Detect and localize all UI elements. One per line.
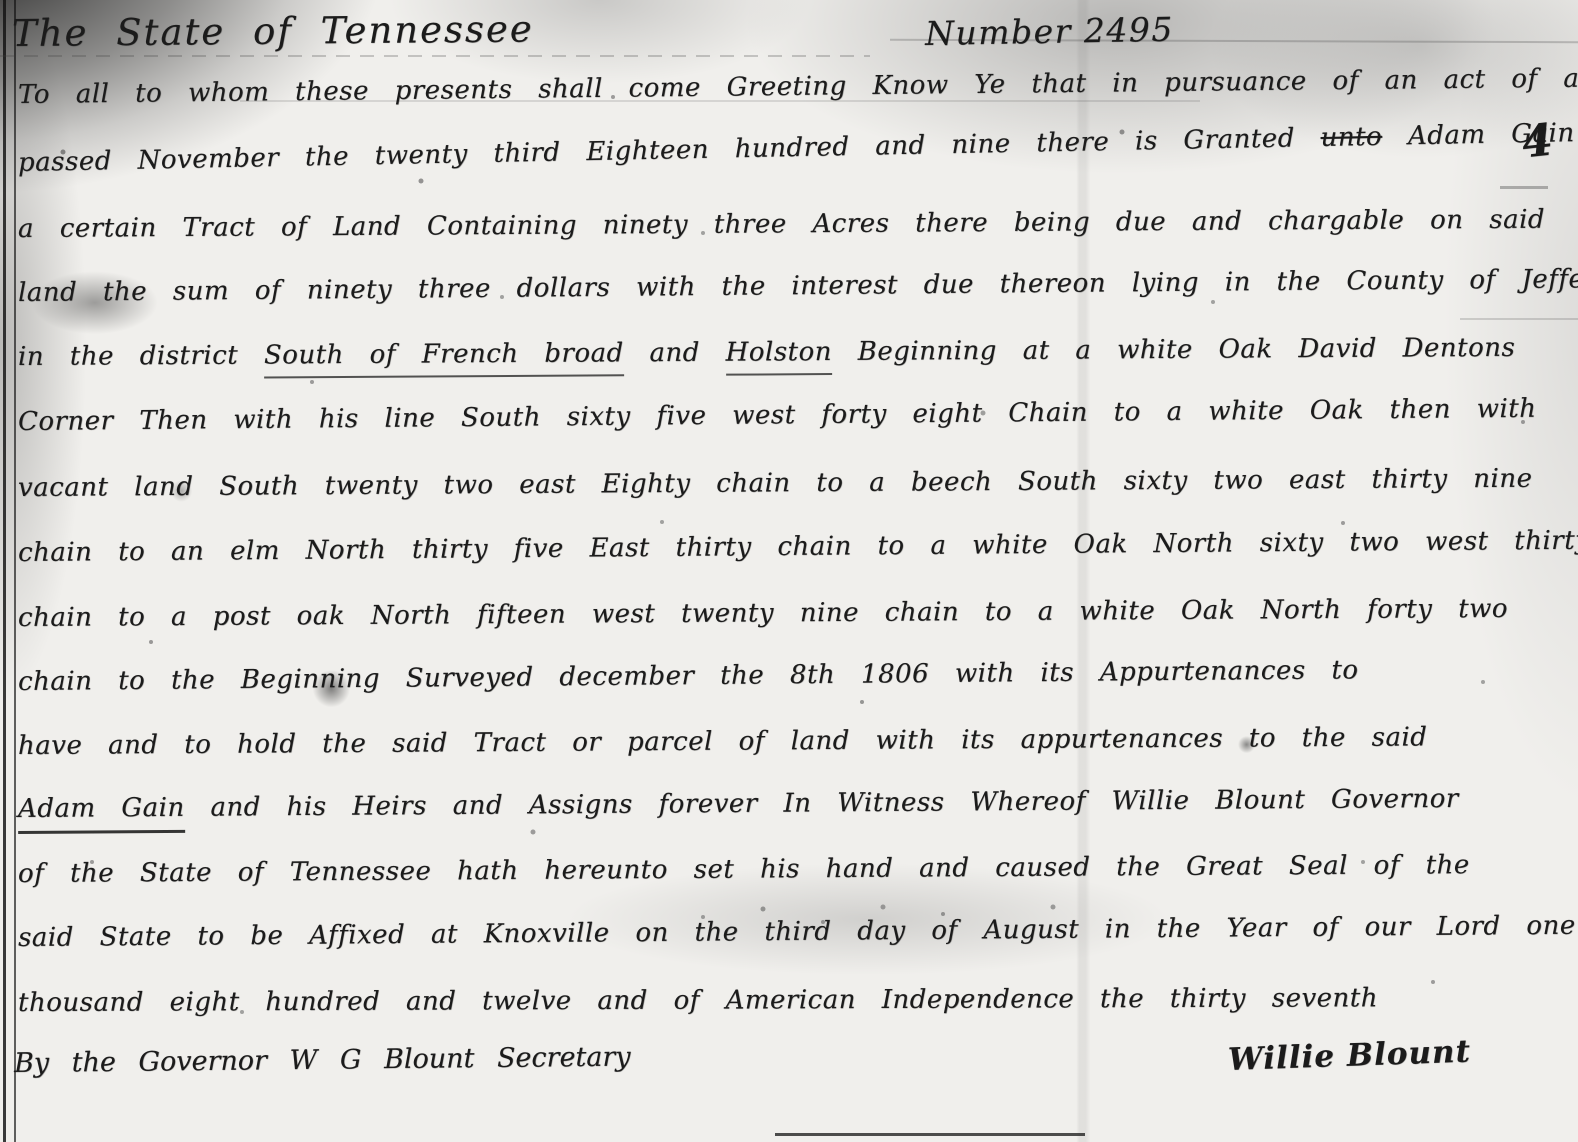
line-text: land the sum of ninety three dollars wit…: [18, 264, 1578, 308]
line-text: Beginning at a white Oak David Dentons: [832, 333, 1516, 367]
attestation-line: By the Governor W G Blount Secretary: [14, 1042, 631, 1079]
document-line: chain to a post oak North fifteen west t…: [18, 594, 1508, 633]
line-text: chain to an elm North thirty five East t…: [18, 525, 1578, 568]
margin-dash: [1500, 186, 1548, 189]
underlined-phrase: South of French broad: [264, 338, 624, 378]
document-line: To all to whom these presents shall come…: [18, 62, 1578, 109]
document-line: passed November the twenty third Eightee…: [18, 118, 1575, 178]
bottom-scan-artifact-line: [775, 1133, 1085, 1136]
struck-word: unto: [1320, 122, 1382, 153]
line-text: said State to be Affixed at Knoxville on…: [18, 911, 1576, 953]
ruled-line: [0, 55, 870, 57]
scan-noise-speckles: [0, 0, 2, 2]
document-line: of the State of Tennessee hath hereunto …: [18, 850, 1470, 889]
left-margin-rule: [3, 0, 16, 1142]
line-text: passed November the twenty third Eightee…: [18, 123, 1321, 178]
scanned-land-grant-page: The State of Tennessee Number 2495 4 To …: [0, 0, 1578, 1142]
governor-signature: Willie Blount: [1227, 1034, 1471, 1078]
document-line: chain to the Beginning Surveyed december…: [18, 655, 1359, 697]
underlined-phrase: Holston: [726, 337, 833, 376]
line-text: chain to a post oak North fifteen west t…: [18, 594, 1508, 633]
line-text: To all to whom these presents shall come…: [18, 62, 1578, 109]
document-title: The State of Tennessee: [12, 7, 534, 55]
line-text: in the district: [18, 340, 264, 372]
line-text: Corner Then with his line South sixty fi…: [18, 394, 1537, 437]
line-text: a certain Tract of Land Containing ninet…: [18, 205, 1545, 244]
document-line: Adam Gain and his Heirs and Assigns fore…: [18, 784, 1459, 824]
grant-number: Number 2495: [925, 10, 1174, 53]
document-line: land the sum of ninety three dollars wit…: [18, 264, 1578, 308]
document-line: in the district South of French broad an…: [18, 333, 1515, 372]
document-line: vacant land South twenty two east Eighty…: [18, 464, 1533, 503]
line-text: of the State of Tennessee hath hereunto …: [18, 850, 1470, 889]
line-text: chain to the Beginning Surveyed december…: [18, 655, 1359, 697]
line-text: have and to hold the said Tract or parce…: [18, 722, 1428, 761]
ruled-line: [1460, 318, 1578, 320]
line-text: thousand eight hundred and twelve and of…: [18, 983, 1378, 1018]
document-line: chain to an elm North thirty five East t…: [18, 525, 1578, 568]
document-line: thousand eight hundred and twelve and of…: [18, 983, 1378, 1018]
document-line: Corner Then with his line South sixty fi…: [18, 394, 1537, 437]
document-line: a certain Tract of Land Containing ninet…: [18, 205, 1545, 244]
underlined-grantee-name: Adam Gain: [18, 793, 185, 834]
line-text: and his Heirs and Assigns forever In Wit…: [185, 784, 1459, 823]
line-text: vacant land South twenty two east Eighty…: [18, 464, 1533, 503]
document-line: have and to hold the said Tract or parce…: [18, 722, 1428, 761]
document-line: said State to be Affixed at Knoxville on…: [18, 911, 1576, 953]
line-text: Adam Gain: [1382, 118, 1575, 152]
line-text: and: [624, 338, 726, 369]
